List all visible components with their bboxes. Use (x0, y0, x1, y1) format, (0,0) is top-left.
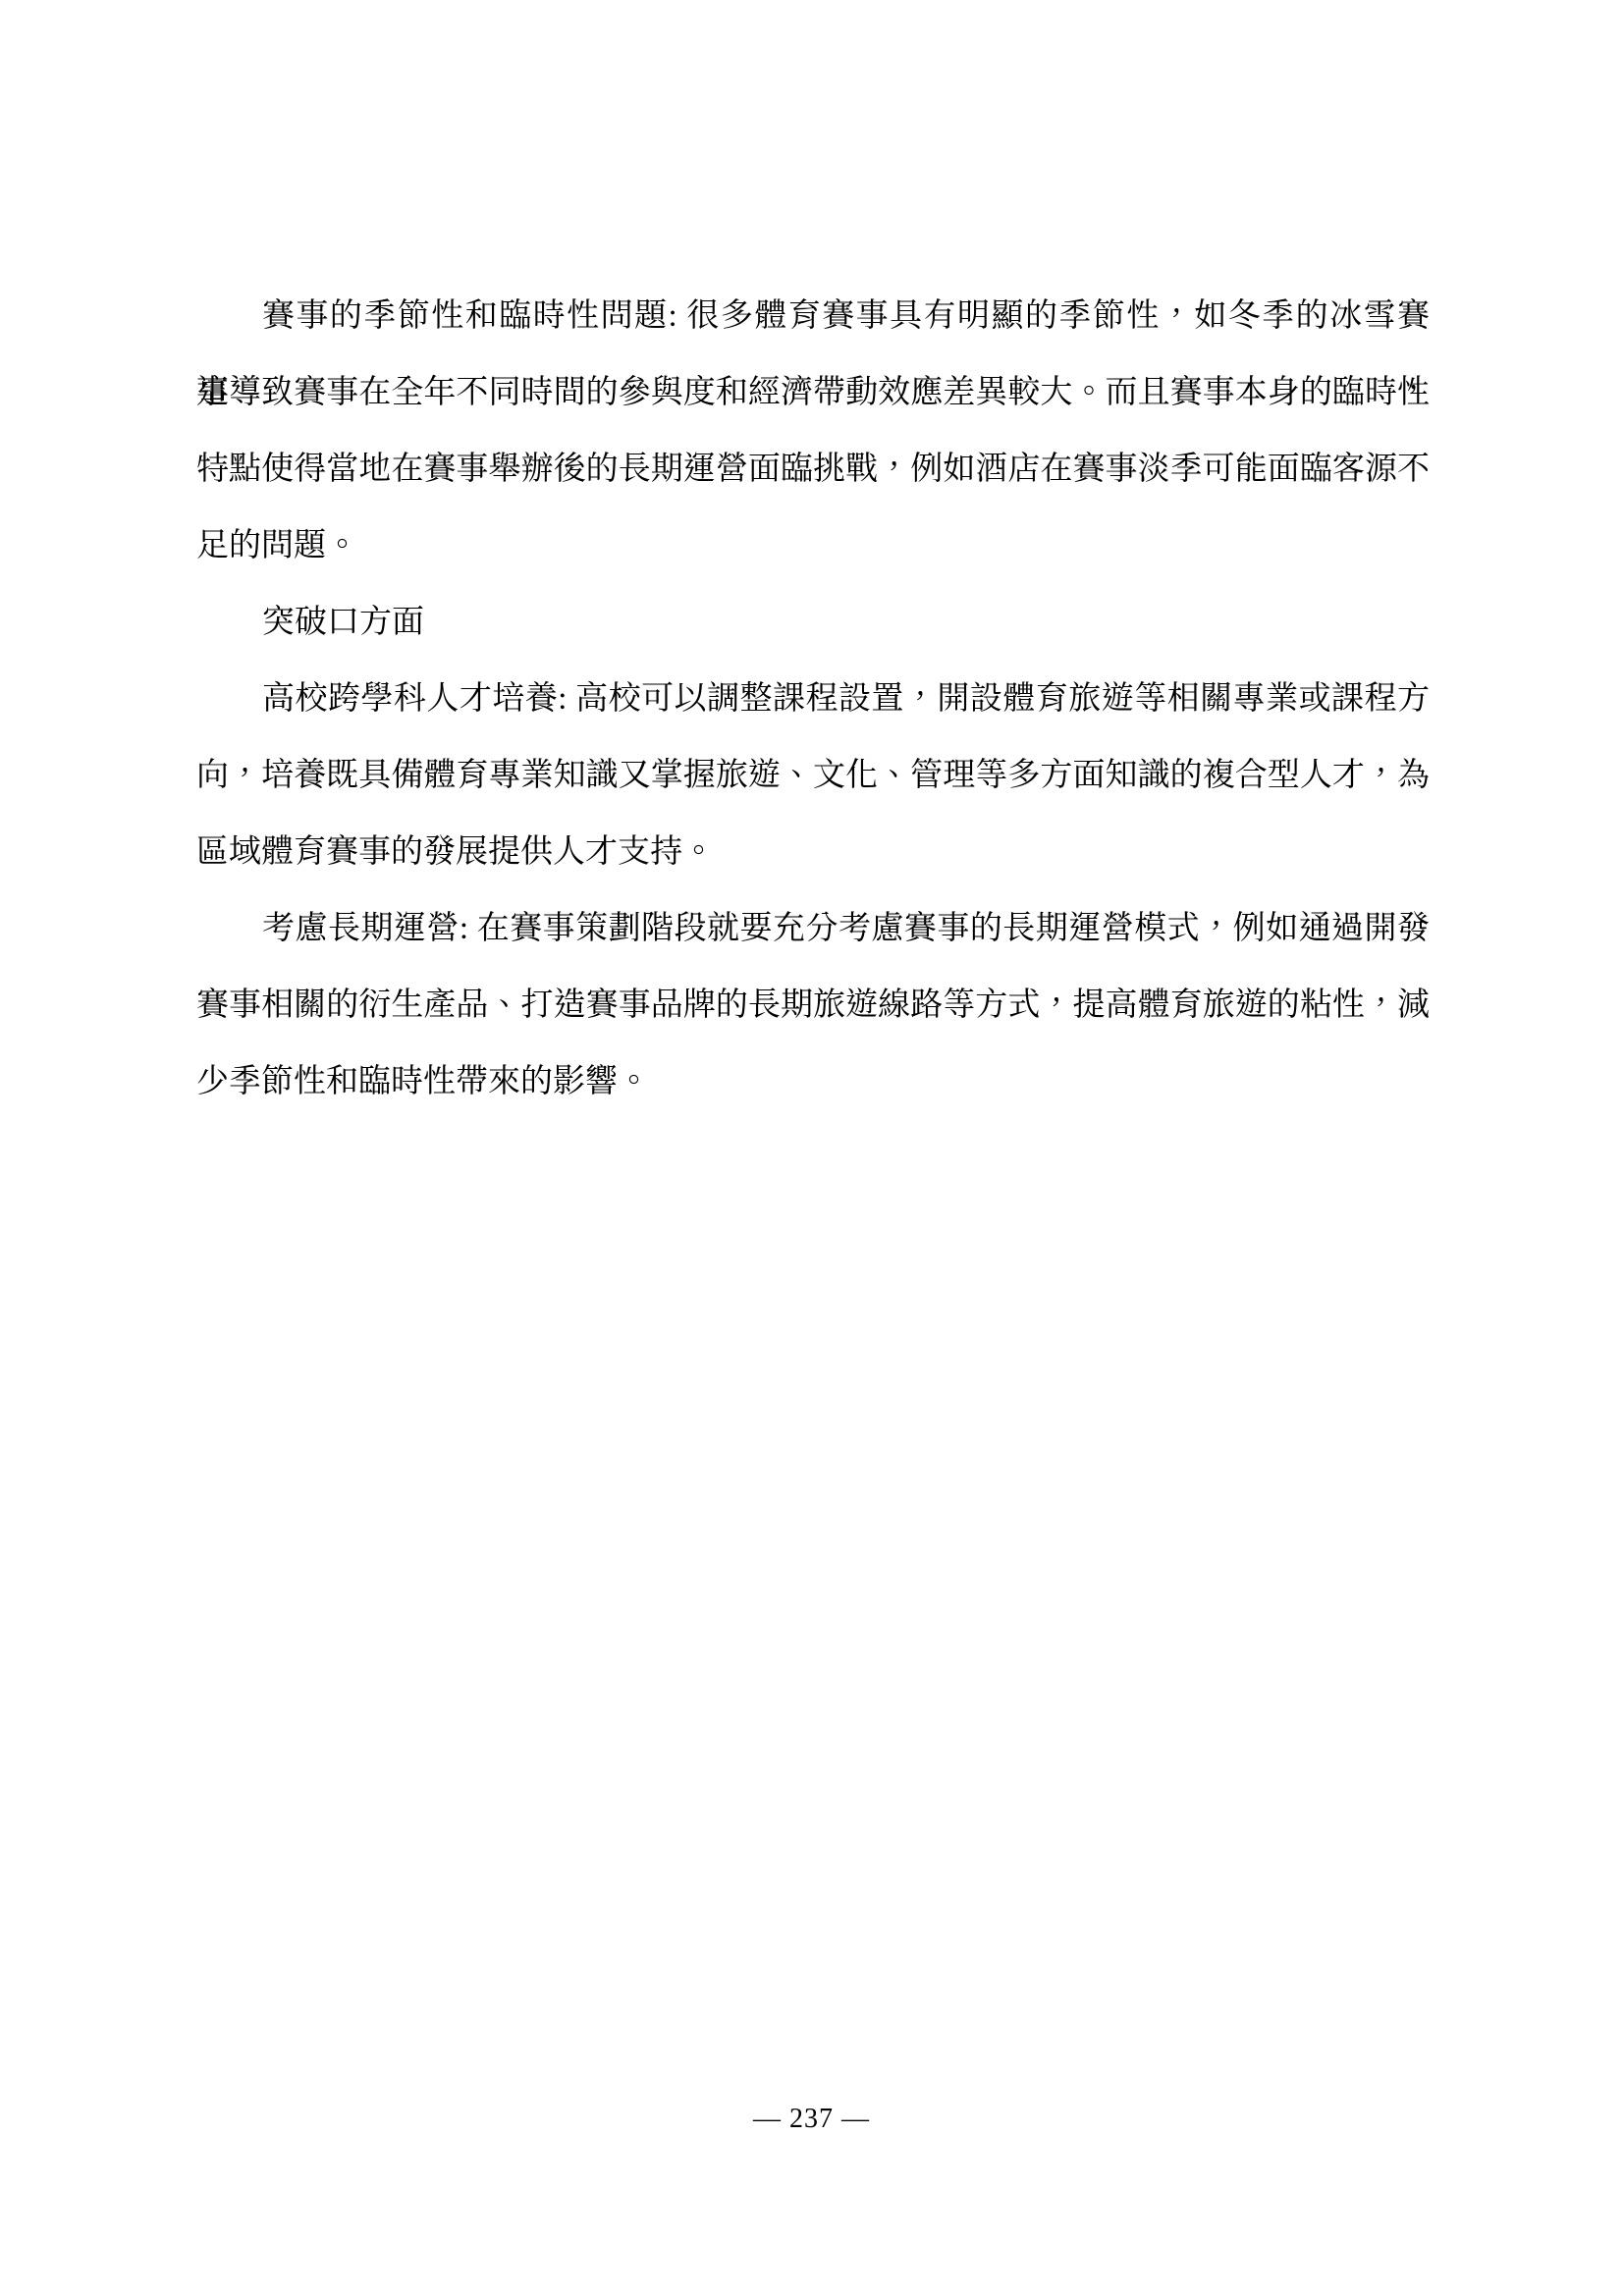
text-line: 向，培養既具備體育專業知識又掌握旅遊、文化、管理等多方面知識的複合型人才，為 (196, 737, 1430, 814)
text-line: 這導致賽事在全年不同時間的參與度和經濟帶動效應差異較大。而且賽事本身的臨時性 (196, 354, 1430, 431)
paragraph: 突破口方面 (196, 584, 1430, 661)
text-line: 突破口方面 (196, 584, 1430, 661)
paragraph: 高校跨學科人才培養: 高校可以調整課程設置，開設體育旅遊等相關專業或課程方 向，… (196, 661, 1430, 890)
document-page: 賽事的季節性和臨時性問題: 很多體育賽事具有明顯的季節性，如冬季的冰雪賽事， 這… (0, 0, 1623, 2296)
page-number: — 237 — (0, 2104, 1623, 2135)
text-line: 考慮長期運營: 在賽事策劃階段就要充分考慮賽事的長期運營模式，例如通過開發 (196, 890, 1430, 967)
text-line: 賽事相關的衍生產品、打造賽事品牌的長期旅遊線路等方式，提高體育旅遊的粘性，減 (196, 967, 1430, 1043)
paragraph: 考慮長期運營: 在賽事策劃階段就要充分考慮賽事的長期運營模式，例如通過開發 賽事… (196, 890, 1430, 1120)
text-line: 特點使得當地在賽事舉辦後的長期運營面臨挑戰，例如酒店在賽事淡季可能面臨客源不 (196, 431, 1430, 507)
paragraph: 賽事的季節性和臨時性問題: 很多體育賽事具有明顯的季節性，如冬季的冰雪賽事， 這… (196, 278, 1430, 584)
text-line: 高校跨學科人才培養: 高校可以調整課程設置，開設體育旅遊等相關專業或課程方 (196, 661, 1430, 737)
text-line: 少季節性和臨時性帶來的影響。 (196, 1043, 1430, 1120)
text-line: 賽事的季節性和臨時性問題: 很多體育賽事具有明顯的季節性，如冬季的冰雪賽事， (196, 278, 1430, 354)
body-text: 賽事的季節性和臨時性問題: 很多體育賽事具有明顯的季節性，如冬季的冰雪賽事， 這… (196, 278, 1430, 1120)
text-line: 足的問題。 (196, 507, 1430, 584)
text-line: 區域體育賽事的發展提供人才支持。 (196, 814, 1430, 890)
